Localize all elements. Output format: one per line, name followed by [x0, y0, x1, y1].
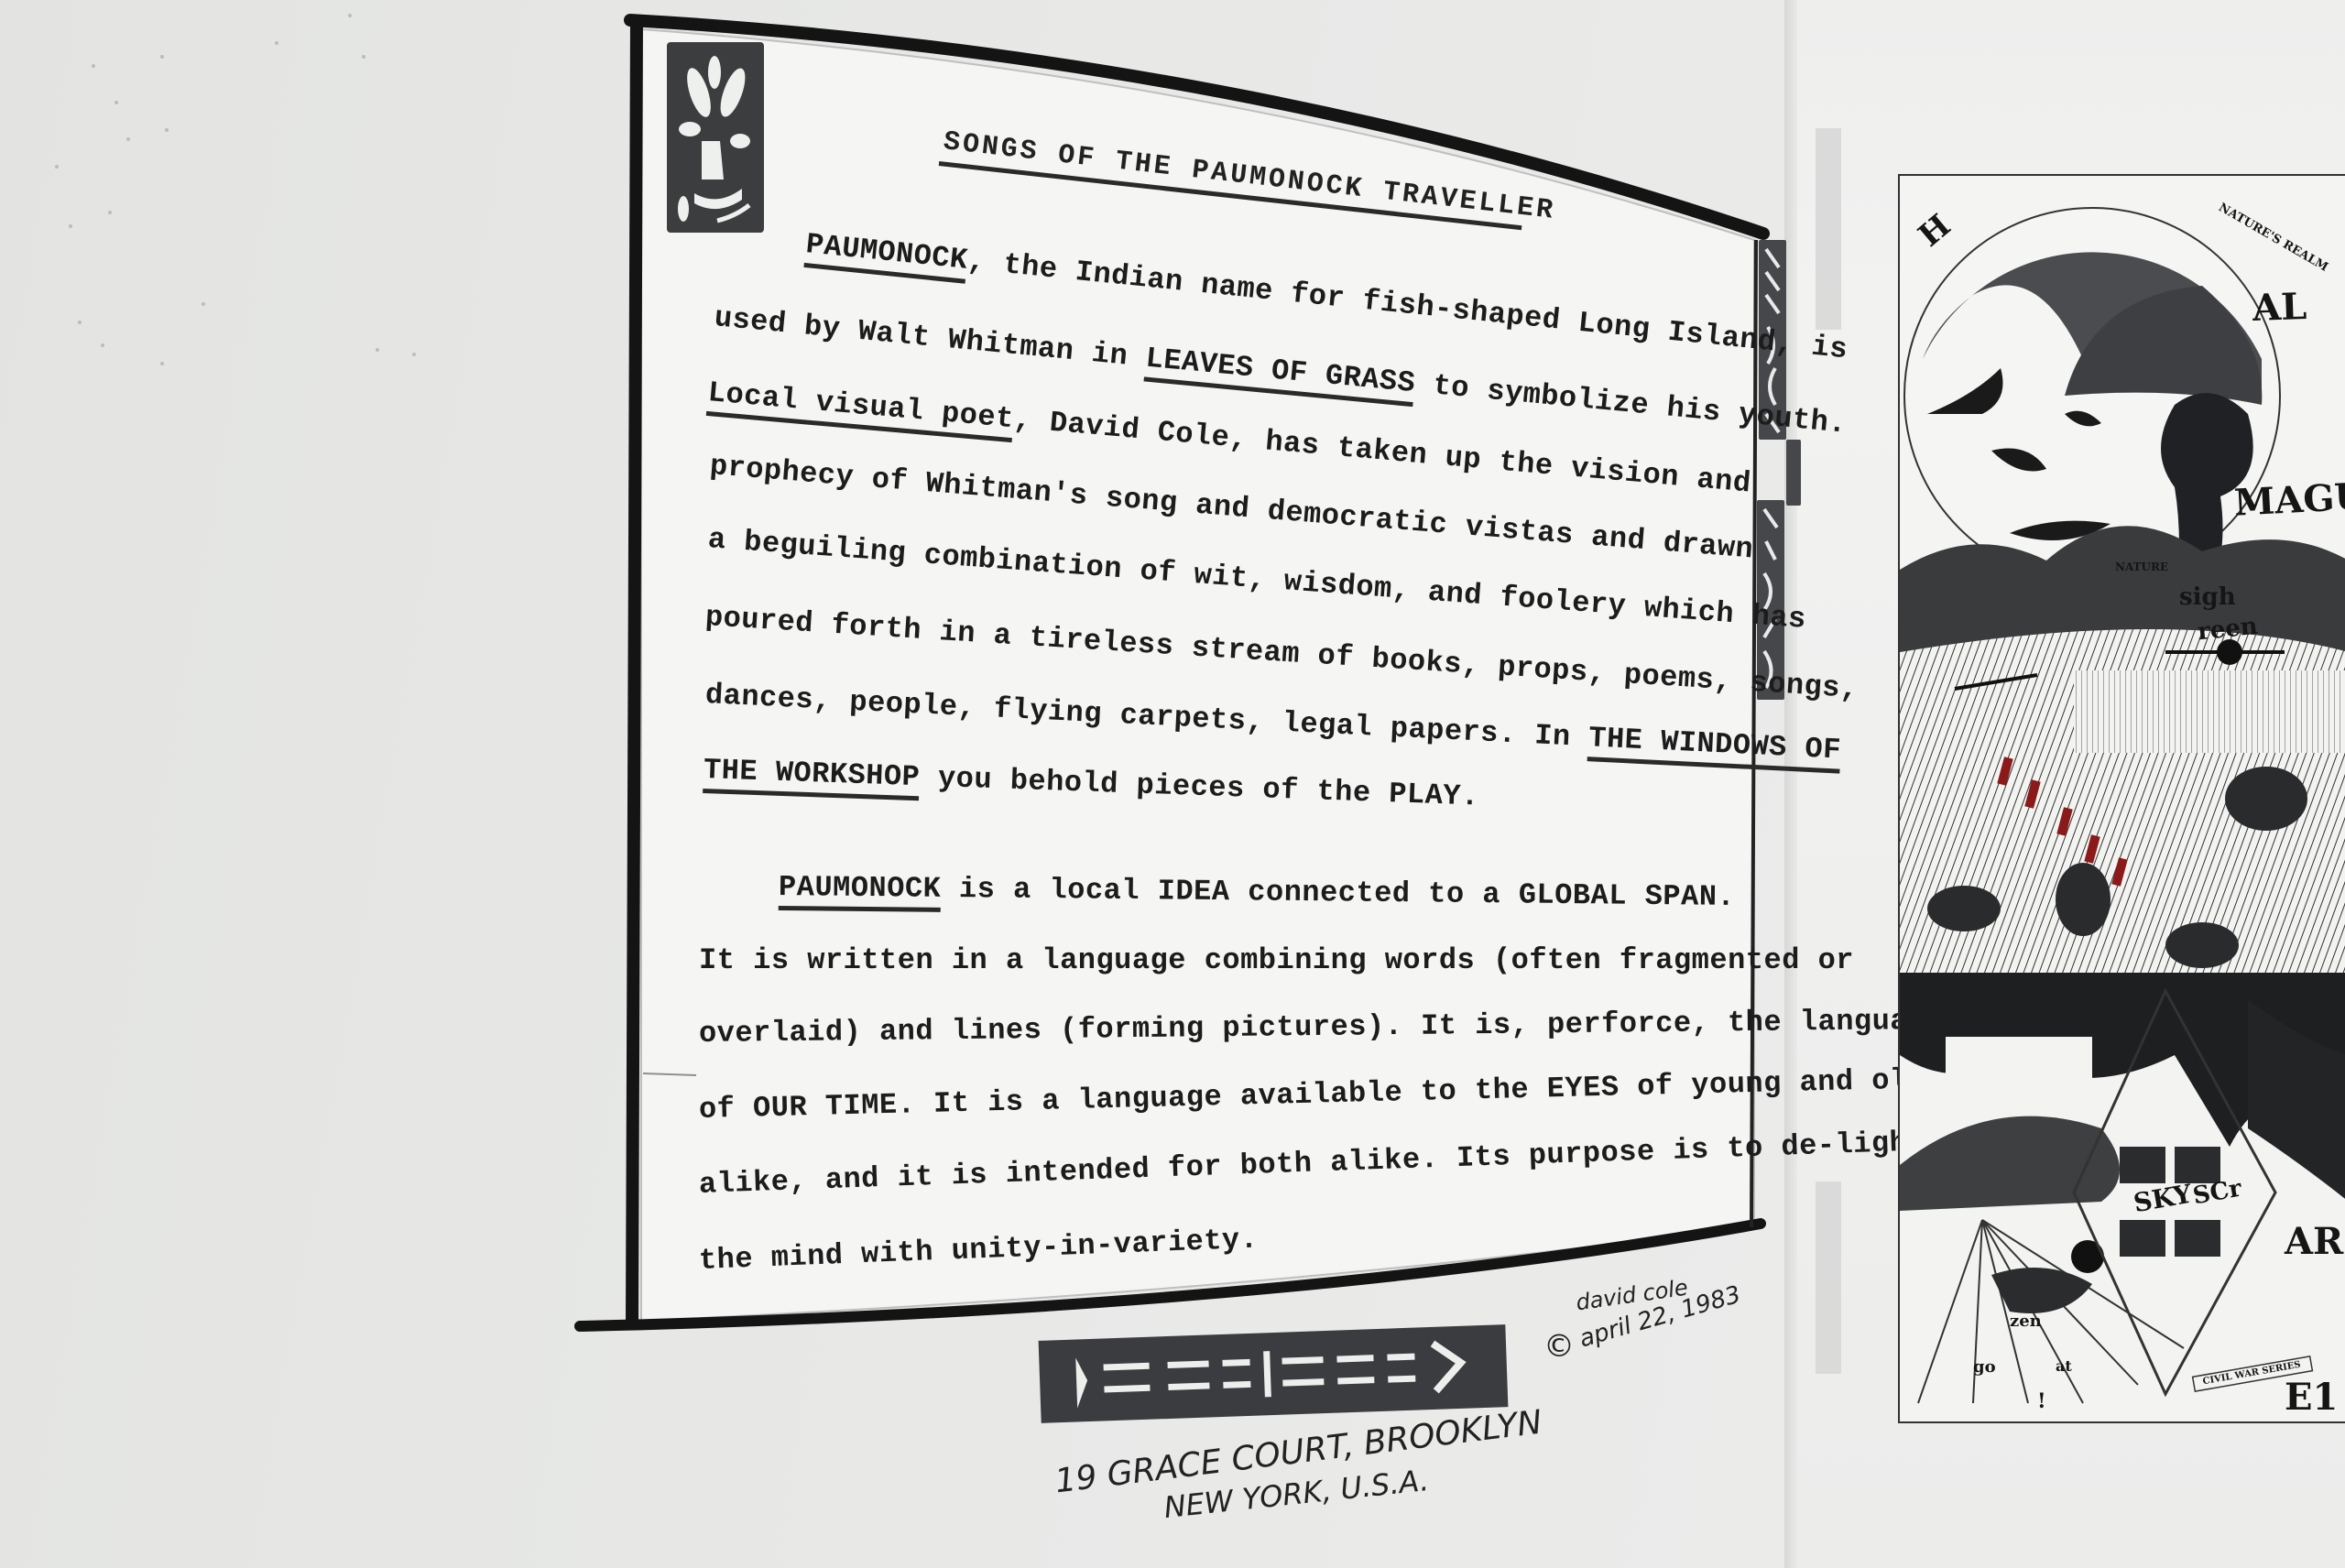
- artwork-label: zen: [2010, 1312, 2042, 1331]
- underlined-phrase: THE WORKSHOP: [703, 753, 921, 800]
- underlined-phrase: PAUMONOCK: [779, 870, 942, 912]
- text-run: It is written in a language combining wo…: [699, 943, 1854, 977]
- artwork-label: AR: [2285, 1220, 2343, 1263]
- copyright-icon: ©: [1543, 1328, 1575, 1365]
- artwork-label: NATURE: [2115, 561, 2168, 573]
- collage-artwork: [1900, 176, 2345, 1421]
- artwork-label: E1: [2285, 1376, 2338, 1419]
- artwork-label: MAGU: [2233, 474, 2345, 524]
- woodcut-glyph-stamp-icon: [1039, 1324, 1509, 1423]
- artwork-label: sigh: [2179, 583, 2236, 611]
- woodcut-face-stamp-icon: [667, 42, 764, 233]
- paragraph2-line: It is written in a language combining wo…: [699, 943, 1854, 977]
- artwork-label: at: [2056, 1357, 2072, 1375]
- artwork-label: go: [1973, 1357, 1996, 1377]
- artwork-label: AL: [2252, 285, 2307, 330]
- artwork-label: !: [2037, 1389, 2046, 1413]
- woodcut-border-strip-icon: [1786, 440, 1801, 506]
- artwork-panel: HALMAGUNATURE'S REALMNATUREsighreenSKYSC…: [1898, 174, 2345, 1423]
